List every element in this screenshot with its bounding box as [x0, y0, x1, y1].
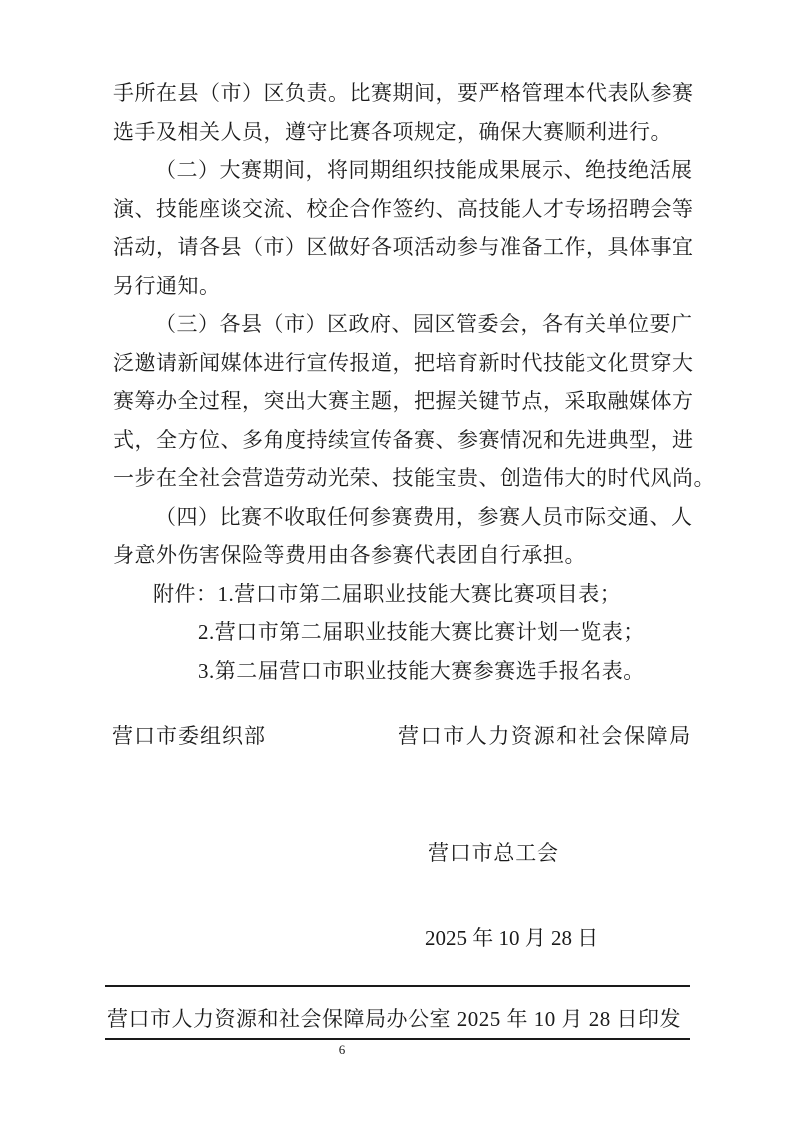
body-line: 选手及相关人员，遵守比赛各项规定，确保大赛顺利进行。 — [113, 113, 685, 152]
body-line-para-2: （二）大赛期间，将同期组织技能成果展示、绝技绝活展 — [113, 151, 685, 190]
signing-org-union: 营口市总工会 — [428, 839, 559, 867]
document-page: 手所在县（市）区负责。比赛期间，要严格管理本代表队参赛 选手及相关人员，遵守比赛… — [0, 0, 793, 1122]
body-text: 手所在县（市）区负责。比赛期间，要严格管理本代表队参赛 选手及相关人员，遵守比赛… — [113, 74, 685, 690]
body-line: 活动，请各县（市）区做好各项活动参与准备工作，具体事宜 — [113, 228, 685, 267]
body-line: 演、技能座谈交流、校企合作签约、高技能人才专场招聘会等 — [113, 190, 685, 229]
body-line: 式，全方位、多角度持续宣传备赛、参赛情况和先进典型，进 — [113, 421, 685, 460]
footer-rule-bottom — [105, 1038, 690, 1040]
body-line-para-4: （四）比赛不收取任何参赛费用，参赛人员市际交通、人 — [113, 498, 685, 537]
body-line-para-3: （三）各县（市）区政府、园区管委会，各有关单位要广 — [113, 305, 685, 344]
page-number: 6 — [330, 1042, 354, 1058]
signing-org-hr-bureau: 营口市人力资源和社会保障局 — [398, 722, 692, 750]
body-line: 另行通知。 — [113, 267, 685, 306]
body-line: 身意外伤害保险等费用由各参赛代表团自行承担。 — [113, 536, 685, 575]
signature-row: 营口市委组织部 营口市人力资源和社会保障局 — [0, 722, 793, 750]
body-line: 手所在县（市）区负责。比赛期间，要严格管理本代表队参赛 — [113, 74, 685, 113]
signing-org-committee: 营口市委组织部 — [112, 722, 266, 750]
body-line: 一步在全社会营造劳动光荣、技能宝贵、创造伟大的时代风尚。 — [113, 459, 685, 498]
footer-issuer-line: 营口市人力资源和社会保障局办公室 2025 年 10 月 28 日印发 — [107, 1006, 689, 1032]
footer-rule-top — [105, 985, 690, 987]
document-date: 2025 年 10 月 28 日 — [425, 924, 598, 952]
attachment-item-3: 3.第二届营口市职业技能大赛参赛选手报名表。 — [113, 652, 685, 691]
body-line: 赛筹办全过程，突出大赛主题，把握关键节点，采取融媒体方 — [113, 382, 685, 421]
attachment-item-2: 2.营口市第二届职业技能大赛比赛计划一览表； — [113, 613, 685, 652]
attachment-item-1: 附件：1.营口市第二届职业技能大赛比赛项目表； — [113, 575, 685, 614]
body-line: 泛邀请新闻媒体进行宣传报道，把培育新时代技能文化贯穿大 — [113, 344, 685, 383]
